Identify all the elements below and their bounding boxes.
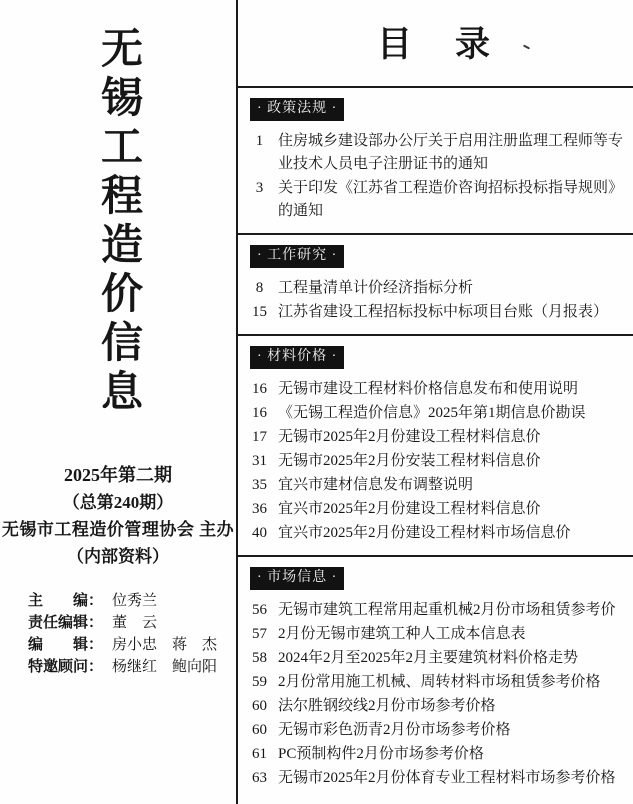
toc-row: 63 无锡市2025年2月份体育专业工程材料市场参考价格	[238, 767, 633, 790]
issue-total-number: （总第240期）	[0, 489, 236, 516]
toc-section-research: · 工作研究 · 8 工程量清单计价经济指标分析 15 江苏省建设工程招标投标中…	[238, 235, 633, 336]
item-title: 《无锡工程造价信息》2025年第1期信息价勘误	[275, 402, 629, 425]
item-title: 2月份常用施工机械、周转材料市场租赁参考价格	[275, 671, 629, 694]
item-title: 2月份无锡市建筑工种人工成本信息表	[275, 623, 629, 646]
item-title: 无锡市建设工程材料价格信息发布和使用说明	[275, 378, 629, 401]
page-number: 36	[244, 498, 275, 521]
staff-row-editors: 编 辑： 房小忠 蒋 杰	[28, 638, 217, 653]
section-badge-research: · 工作研究 ·	[250, 245, 344, 268]
page-number: 40	[244, 522, 275, 545]
page-number: 15	[244, 301, 275, 324]
page-number: 61	[244, 743, 275, 766]
page-number: 17	[244, 426, 275, 449]
toc-row: 1 住房城乡建设部办公厅关于启用注册监理工程师等专业技术人员电子注册证书的通知	[238, 130, 633, 176]
toc-section-policy: · 政策法规 · 1 住房城乡建设部办公厅关于启用注册监理工程师等专业技术人员电…	[238, 88, 633, 235]
item-title: 无锡市2025年2月份建设工程材料信息价	[275, 426, 629, 449]
staff-block: 主 编： 位秀兰 责任编辑： 董 云 编 辑： 房小忠 蒋 杰 特邀顾问： 杨继…	[28, 594, 217, 682]
item-title: 无锡市彩色沥青2月份市场参考价格	[275, 719, 629, 742]
page-number: 56	[244, 599, 275, 622]
staff-row-responsible-editor: 责任编辑： 董 云	[28, 616, 217, 631]
magazine-title-vertical: 无锡工程造价信息	[97, 26, 139, 436]
page-number: 59	[244, 671, 275, 694]
page-number: 1	[244, 130, 275, 153]
page-number: 31	[244, 450, 275, 473]
item-title: 2024年2月至2025年2月主要建筑材料价格走势	[275, 647, 629, 670]
page-number: 63	[244, 767, 275, 790]
section-badge-materials: · 材料价格 ·	[250, 346, 344, 369]
section-badge-market: · 市场信息 ·	[250, 567, 344, 590]
staff-value: 董 云	[112, 616, 157, 631]
staff-label: 特邀顾问：	[28, 660, 103, 675]
toc-row: 60 法尔胜钢绞线2月份市场参考价格	[238, 695, 633, 718]
staff-row-advisors: 特邀顾问： 杨继红 鲍向阳	[28, 660, 217, 675]
toc-title: 目 录	[238, 0, 633, 67]
staff-value: 杨继红 鲍向阳	[112, 660, 217, 675]
staff-label: 主 编：	[28, 594, 103, 609]
item-title: 工程量清单计价经济指标分析	[275, 277, 629, 300]
scanned-toc-page: { "page": { "bg": "#fefefe", "ink": "#16…	[0, 0, 633, 804]
page-number: 57	[244, 623, 275, 646]
item-title: 法尔胜钢绞线2月份市场参考价格	[275, 695, 629, 718]
toc-section-market: · 市场信息 · 56 无锡市建筑工程常用起重机械2月份市场租赁参考价 57 2…	[238, 557, 633, 800]
page-number: 16	[244, 378, 275, 401]
toc-row: 16 无锡市建设工程材料价格信息发布和使用说明	[238, 378, 633, 401]
toc-row: 35 宜兴市建材信息发布调整说明	[238, 474, 633, 497]
item-title: 住房城乡建设部办公厅关于启用注册监理工程师等专业技术人员电子注册证书的通知	[275, 130, 629, 176]
staff-value: 位秀兰	[112, 594, 157, 609]
section-badge-policy: · 政策法规 ·	[250, 98, 344, 121]
item-title: PC预制构件2月份市场参考价格	[275, 743, 629, 766]
page-number: 8	[244, 277, 275, 300]
item-title: 宜兴市2025年2月份建设工程材料市场信息价	[275, 522, 629, 545]
staff-label: 编 辑：	[28, 638, 103, 653]
item-title: 江苏省建设工程招标投标中标项目台账（月报表）	[275, 301, 629, 324]
page-number: 16	[244, 402, 275, 425]
toc-row: 16 《无锡工程造价信息》2025年第1期信息价勘误	[238, 402, 633, 425]
page-number: 60	[244, 695, 275, 718]
item-title: 无锡市2025年2月份安装工程材料信息价	[275, 450, 629, 473]
page-number: 58	[244, 647, 275, 670]
toc-row: 36 宜兴市2025年2月份建设工程材料信息价	[238, 498, 633, 521]
toc-column: 目 录 · 政策法规 · 1 住房城乡建设部办公厅关于启用注册监理工程师等专业技…	[238, 0, 633, 804]
item-title: 无锡市建筑工程常用起重机械2月份市场租赁参考价	[275, 599, 629, 622]
page-number: 3	[244, 177, 275, 200]
toc-row: 58 2024年2月至2025年2月主要建筑材料价格走势	[238, 647, 633, 670]
toc-row: 8 工程量清单计价经济指标分析	[238, 277, 633, 300]
item-title: 宜兴市2025年2月份建设工程材料信息价	[275, 498, 629, 521]
item-title: 宜兴市建材信息发布调整说明	[275, 474, 629, 497]
toc-row: 40 宜兴市2025年2月份建设工程材料市场信息价	[238, 522, 633, 545]
toc-row: 57 2月份无锡市建筑工种人工成本信息表	[238, 623, 633, 646]
toc-section-materials: · 材料价格 · 16 无锡市建设工程材料价格信息发布和使用说明 16 《无锡工…	[238, 336, 633, 557]
toc-header: 目 录	[238, 0, 633, 88]
toc-row: 59 2月份常用施工机械、周转材料市场租赁参考价格	[238, 671, 633, 694]
left-column: 无锡工程造价信息 2025年第二期 （总第240期） 无锡市工程造价管理协会 主…	[0, 0, 236, 804]
toc-row: 60 无锡市彩色沥青2月份市场参考价格	[238, 719, 633, 742]
toc-row: 31 无锡市2025年2月份安装工程材料信息价	[238, 450, 633, 473]
toc-row: 3 关于印发《江苏省工程造价咨询招标投标指导规则》的通知	[238, 177, 633, 223]
toc-row: 15 江苏省建设工程招标投标中标项目台账（月报表）	[238, 301, 633, 324]
item-title: 关于印发《江苏省工程造价咨询招标投标指导规则》的通知	[275, 177, 629, 223]
page-number: 60	[244, 719, 275, 742]
staff-row-chief-editor: 主 编： 位秀兰	[28, 594, 217, 609]
item-title: 无锡市2025年2月份体育专业工程材料市场参考价格	[275, 767, 629, 790]
issue-period: 2025年第二期	[0, 462, 236, 489]
toc-row: 56 无锡市建筑工程常用起重机械2月份市场租赁参考价	[238, 599, 633, 622]
staff-label: 责任编辑：	[28, 616, 103, 631]
toc-row: 61 PC预制构件2月份市场参考价格	[238, 743, 633, 766]
staff-value: 房小忠 蒋 杰	[112, 638, 217, 653]
issue-info-block: 2025年第二期 （总第240期） 无锡市工程造价管理协会 主办 （内部资料）	[0, 462, 236, 570]
publisher-line: 无锡市工程造价管理协会 主办	[0, 516, 236, 543]
toc-row: 17 无锡市2025年2月份建设工程材料信息价	[238, 426, 633, 449]
page-number: 35	[244, 474, 275, 497]
internal-material-note: （内部资料）	[0, 543, 236, 570]
